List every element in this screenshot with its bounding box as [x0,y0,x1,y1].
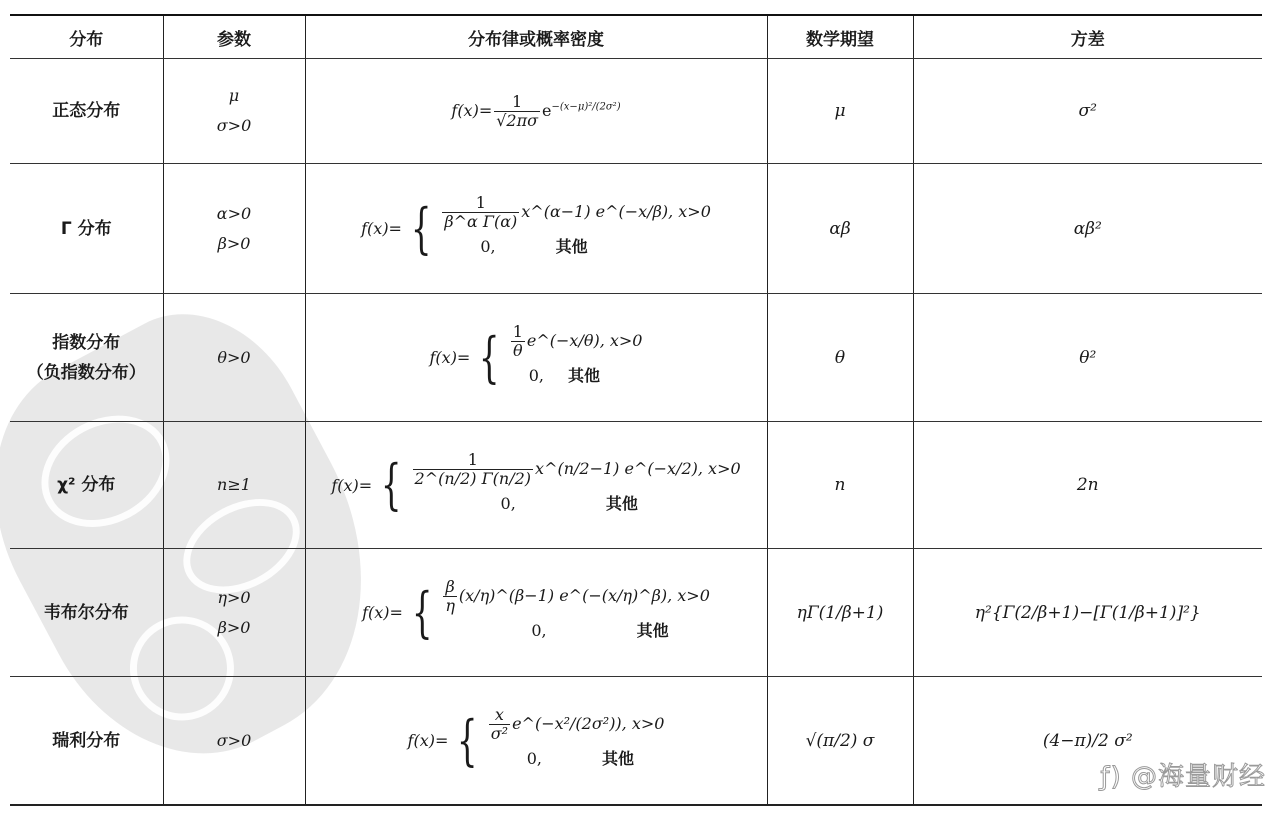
table-row: 瑞利分布 σ>0 f(x)= { xσ²e^(−x²/(2σ²)), x>0 0… [10,677,1262,806]
header-distribution: 分布 [10,15,163,59]
watermark-credit: ƒ) @海量财经 [1100,756,1266,793]
variance-cell: η²{Γ(2/β+1)−[Γ(1/β+1)]²} [913,549,1262,677]
mean-cell: √(π/2) σ [767,677,913,806]
left-brace-icon: { [381,458,402,512]
distribution-name: Γ 分布 [10,164,163,294]
distribution-name: χ² 分布 [10,422,163,549]
distribution-name: 指数分布 （负指数分布） [10,294,163,422]
fraction: 1√2πσ [494,93,540,130]
density-formula: f(x)=1√2πσe−(x−μ)²/(2σ²) [451,93,620,130]
density-cell: f(x)= { 12^(n/2) Γ(n/2)x^(n/2−1) e^(−x/2… [305,422,767,549]
mean-cell: ηΓ(1/β+1) [767,549,913,677]
left-brace-icon: { [479,331,500,385]
variance-cell: 2n [913,422,1262,549]
mean-cell: μ [767,59,913,164]
left-brace-icon: { [411,202,432,256]
fraction: 1β^α Γ(α) [442,194,519,231]
parameters-cell: α>0 β>0 [163,164,305,294]
left-brace-icon: { [412,586,433,640]
table-header-row: 分布 参数 分布律或概率密度 数学期望 方差 [10,15,1262,59]
fraction: xσ² [489,706,510,743]
table-row: 韦布尔分布 η>0 β>0 f(x)= { βη(x/η)^(β−1) e^(−… [10,549,1262,677]
variance-cell: αβ² [913,164,1262,294]
fraction: βη [443,578,457,615]
density-cell: f(x)= { 1β^α Γ(α)x^(α−1) e^(−x/β), x>0 0… [305,164,767,294]
density-cell: f(x)= { 1θe^(−x/θ), x>0 0,其他 [305,294,767,422]
mean-cell: αβ [767,164,913,294]
density-formula: f(x)= { 1θe^(−x/θ), x>0 0,其他 [430,323,643,392]
density-formula: f(x)= { xσ²e^(−x²/(2σ²)), x>0 0,其他 [408,706,665,775]
table-row: χ² 分布 n≥1 f(x)= { 12^(n/2) Γ(n/2)x^(n/2−… [10,422,1262,549]
table-row: 指数分布 （负指数分布） θ>0 f(x)= { 1θe^(−x/θ), x>0… [10,294,1262,422]
header-parameters: 参数 [163,15,305,59]
table-row: 正态分布 μ σ>0 f(x)=1√2πσe−(x−μ)²/(2σ²) μ σ² [10,59,1262,164]
left-brace-icon: { [457,714,478,768]
distribution-name: 正态分布 [10,59,163,164]
fraction: 12^(n/2) Γ(n/2) [413,451,534,488]
variance-cell: σ² [913,59,1262,164]
parameters-cell: μ σ>0 [163,59,305,164]
parameters-cell: θ>0 [163,294,305,422]
header-variance: 方差 [913,15,1262,59]
distribution-name: 韦布尔分布 [10,549,163,677]
density-formula: f(x)= { 12^(n/2) Γ(n/2)x^(n/2−1) e^(−x/2… [331,451,740,520]
variance-cell: θ² [913,294,1262,422]
mean-cell: θ [767,294,913,422]
table-row: Γ 分布 α>0 β>0 f(x)= { 1β^α Γ(α)x^(α−1) e^… [10,164,1262,294]
density-cell: f(x)= { βη(x/η)^(β−1) e^(−(x/η)^β), x>0 … [305,549,767,677]
parameters-cell: n≥1 [163,422,305,549]
density-cell: f(x)=1√2πσe−(x−μ)²/(2σ²) [305,59,767,164]
weibo-logo-icon: ƒ) [1100,762,1121,792]
header-mean: 数学期望 [767,15,913,59]
density-formula: f(x)= { 1β^α Γ(α)x^(α−1) e^(−x/β), x>0 0… [361,194,711,263]
fraction: 1θ [511,323,525,360]
density-formula: f(x)= { βη(x/η)^(β−1) e^(−(x/η)^β), x>0 … [362,578,710,647]
density-cell: f(x)= { xσ²e^(−x²/(2σ²)), x>0 0,其他 [305,677,767,806]
mean-cell: n [767,422,913,549]
parameters-cell: σ>0 [163,677,305,806]
distribution-name: 瑞利分布 [10,677,163,806]
header-density: 分布律或概率密度 [305,15,767,59]
distribution-table: 分布 参数 分布律或概率密度 数学期望 方差 正态分布 μ σ>0 f(x)=1… [10,14,1262,806]
parameters-cell: η>0 β>0 [163,549,305,677]
